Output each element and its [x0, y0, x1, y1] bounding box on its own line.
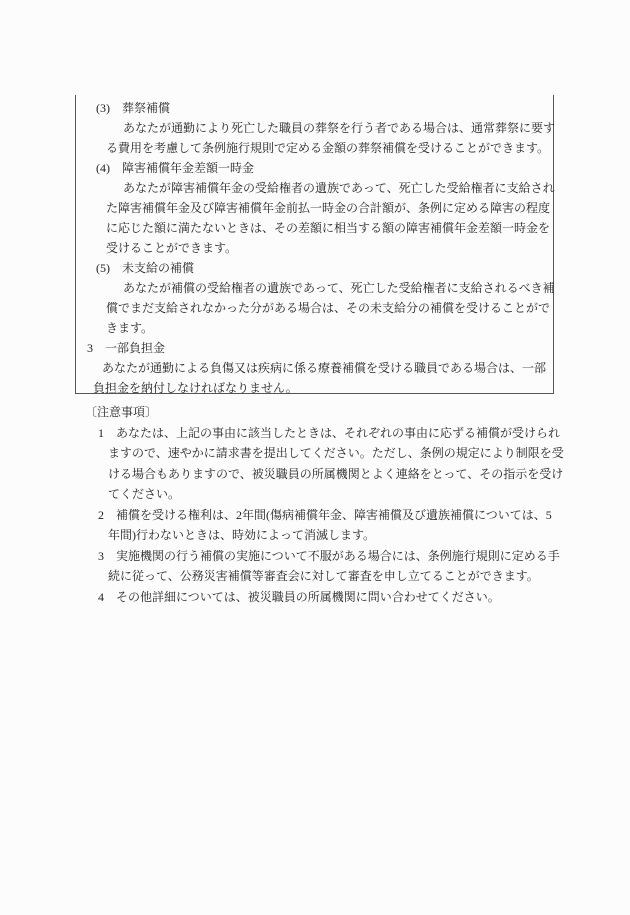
note-item-2: 2 補償を受ける権利は、2年間(傷病補償年金、障害補償及び遺族補償については、5 — [85, 505, 575, 526]
text-line: ける場合もありますので、被災職員の所属機関とよく連絡をとって、その指示を受け — [85, 464, 575, 485]
text-line: ますので、速やかに請求書を提出してください。ただし、条例の規定により制限を受 — [85, 443, 575, 464]
text-line: きます。 — [76, 318, 553, 338]
funeral-compensation-heading: (3) 葬祭補償 — [76, 98, 553, 118]
text-line: る費用を考慮して条例施行規則で定める金額の葬祭補償を受けることができます。 — [76, 138, 553, 158]
text-line: に応じた額に満たないときは、その差額に相当する額の障害補償年金差額一時金を — [76, 218, 553, 238]
text-line: 続に従って、公務災害補償等審査会に対して審査を申し立てることができます。 — [85, 566, 575, 587]
copayment-heading: 3 一部負担金 — [76, 338, 553, 358]
note-item-3: 3 実施機関の行う補償の実施について不服がある場合には、条例施行規則に定める手 — [85, 546, 575, 567]
document-page: (3) 葬祭補償 あなたが通勤により死亡した職員の葬祭を行う者である場合は、通常… — [0, 0, 630, 915]
text-line: あなたが障害補償年金の受給権者の遺族であって、死亡した受給権者に支給され — [76, 178, 553, 198]
compensation-items-box: (3) 葬祭補償 あなたが通勤により死亡した職員の葬祭を行う者である場合は、通常… — [75, 95, 554, 394]
notes-section: 〔注意事項〕 1 あなたは、上記の事由に該当したときは、それぞれの事由に応ずる補… — [85, 402, 575, 607]
text-line: 受けることができます。 — [76, 238, 553, 258]
note-item-4: 4 その他詳細については、被災職員の所属機関に問い合わせてください。 — [85, 587, 575, 608]
text-line: た障害補償年金及び障害補償年金前払一時金の合計額が、条例に定める障害の程度 — [76, 198, 553, 218]
note-item-1: 1 あなたは、上記の事由に該当したときは、それぞれの事由に応ずる補償が受けられ — [85, 423, 575, 444]
notes-title: 〔注意事項〕 — [85, 402, 575, 423]
text-line: あなたが補償の受給権者の遺族であって、死亡した受給権者に支給されるべき補 — [76, 278, 553, 298]
unpaid-compensation-heading: (5) 未支給の補償 — [76, 258, 553, 278]
text-line: あなたが通勤による負傷又は疾病に係る療養補償を受ける職員である場合は、一部 — [76, 358, 553, 378]
text-line: てください。 — [85, 484, 575, 505]
text-line: 償でまだ支給されなかった分がある場合は、その未支給分の補償を受けることがで — [76, 298, 553, 318]
text-line: 負担金を納付しなければなりません。 — [76, 378, 553, 398]
text-line: 年間)行わないときは、時効によって消滅します。 — [85, 525, 575, 546]
text-line: あなたが通勤により死亡した職員の葬祭を行う者である場合は、通常葬祭に要す — [76, 118, 553, 138]
disability-pension-lumpsum-heading: (4) 障害補償年金差額一時金 — [76, 158, 553, 178]
